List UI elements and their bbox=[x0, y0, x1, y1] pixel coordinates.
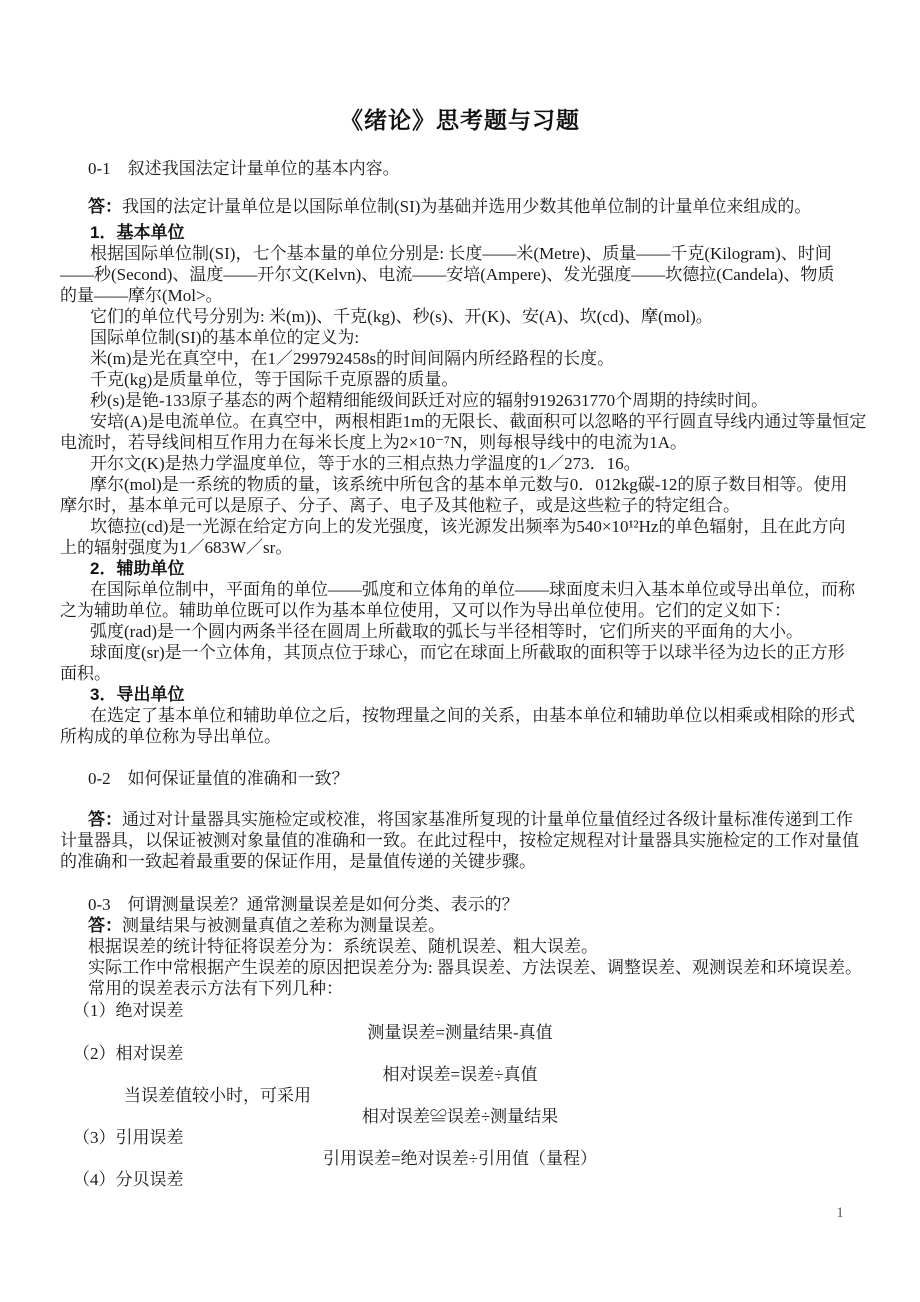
text-line: 的准确和一致起着最重要的保证作用，是量值传递的关键步骤。 bbox=[60, 851, 536, 872]
text-line: 球面度(sr)是一个立体角，其顶点位于球心，而它在球面上所截取的面积等于以球半径… bbox=[90, 642, 845, 663]
document-page: 《绪论》思考题与习题 0-1 叙述我国法定计量单位的基本内容。答：我国的法定计量… bbox=[0, 0, 920, 1302]
text-line: 摩尔(mol)是一系统的物质的量，该系统中所包含的基本单元数与0．012kg碳-… bbox=[90, 474, 847, 495]
text-line: （4）分贝误差 bbox=[73, 1169, 184, 1190]
text-line: 答：通过对计量器具实施检定或校准，将国家基准所复现的计量单位量值经过各级计量标准… bbox=[88, 809, 853, 830]
answer-prefix: 答： bbox=[88, 810, 122, 829]
text-line: （1）绝对误差 bbox=[73, 1000, 184, 1021]
answer-prefix: 答： bbox=[88, 916, 122, 935]
text-line: 在选定了基本单位和辅助单位之后，按物理量之间的关系，由基本单位和辅助单位以相乘或… bbox=[90, 705, 855, 726]
text-line: 上的辐射强度为1／683W／sr。 bbox=[60, 537, 292, 558]
answer-text: 通过对计量器具实施检定或校准，将国家基准所复现的计量单位量值经过各级计量标准传递… bbox=[122, 810, 853, 829]
text-line: 面积。 bbox=[60, 663, 111, 684]
text-line: 千克(kg)是质量单位，等于国际千克原器的质量。 bbox=[90, 369, 458, 390]
text-line: 答：测量结果与被测量真值之差称为测量误差。 bbox=[88, 915, 445, 936]
answer-text: 测量结果与被测量真值之差称为测量误差。 bbox=[122, 916, 445, 935]
text-line: 所构成的单位称为导出单位。 bbox=[60, 726, 281, 747]
text-line: 电流时，若导线间相互作用力在每米长度上为2×10⁻⁷N，则每根导线中的电流为1A… bbox=[60, 432, 687, 453]
formula-line: 相对误差=误差÷真值 bbox=[0, 1064, 920, 1085]
text-line: 坎德拉(cd)是一光源在给定方向上的发光强度，该光源发出频率为540×10¹²H… bbox=[90, 516, 845, 537]
text-line: 安培(A)是电流单位。在真空中，两根相距1m的无限长、截面积可以忽略的平行圆直导… bbox=[90, 411, 866, 432]
text-line: 当误差值较小时，可采用 bbox=[124, 1085, 311, 1106]
text-line: 米(m)是光在真空中，在1／299792458s的时间间隔内所经路程的长度。 bbox=[90, 348, 614, 369]
formula-line: 相对误差≌误差÷测量结果 bbox=[0, 1106, 920, 1127]
formula-line: 测量误差=测量结果-真值 bbox=[0, 1022, 920, 1043]
text-line: 根据误差的统计特征将误差分为：系统误差、随机误差、粗大误差。 bbox=[88, 936, 598, 957]
text-line: 答：我国的法定计量单位是以国际单位制(SI)为基础并选用少数其他单位制的计量单位… bbox=[88, 196, 811, 217]
text-line: 的量——摩尔(Mol>。 bbox=[60, 285, 223, 306]
text-line: 摩尔时，基本单元可以是原子、分子、离子、电子及其他粒子，或是这些粒子的特定组合。 bbox=[60, 495, 740, 516]
text-line: 根据国际单位制(SI)，七个基本量的单位分别是: 长度——米(Metre)、质量… bbox=[90, 243, 832, 264]
answer-prefix: 答： bbox=[88, 197, 122, 216]
section-heading: 1．基本单位 bbox=[90, 222, 184, 243]
text-line: 0-1 叙述我国法定计量单位的基本内容。 bbox=[88, 158, 400, 179]
text-line: （3）引用误差 bbox=[73, 1127, 184, 1148]
formula-line: 引用误差=绝对误差÷引用值（量程） bbox=[0, 1148, 920, 1169]
document-title: 《绪论》思考题与习题 bbox=[0, 106, 920, 134]
text-line: 秒(s)是铯-133原子基态的两个超精细能级间跃迁对应的辐射9192631770… bbox=[90, 390, 768, 411]
text-line: 弧度(rad)是一个圆内两条半径在圆周上所截取的弧长与半径相等时，它们所夹的平面… bbox=[90, 621, 803, 642]
page-number: 1 bbox=[830, 1204, 850, 1223]
text-line: 计量器具，以保证被测对象量值的准确和一致。在此过程中，按检定规程对计量器具实施检… bbox=[60, 830, 859, 851]
text-line: 它们的单位代号分别为: 米(m))、千克(kg)、秒(s)、开(K)、安(A)、… bbox=[90, 306, 713, 327]
text-line: 之为辅助单位。辅助单位既可以作为基本单位使用，又可以作为导出单位使用。它们的定义… bbox=[60, 600, 791, 621]
section-heading: 2．辅助单位 bbox=[90, 558, 184, 579]
text-line: ——秒(Second)、温度——开尔文(Kelvn)、电流——安培(Ampere… bbox=[60, 264, 834, 285]
text-line: （2）相对误差 bbox=[73, 1043, 184, 1064]
text-line: 开尔文(K)是热力学温度单位，等于水的三相点热力学温度的1／273．16。 bbox=[90, 453, 641, 474]
text-line: 0-2 如何保证量值的准确和一致？ bbox=[88, 768, 349, 789]
text-line: 0-3 何谓测量误差？通常测量误差是如何分类、表示的？ bbox=[88, 894, 519, 915]
text-line: 常用的误差表示方法有下列几种： bbox=[88, 978, 343, 999]
section-heading: 3．导出单位 bbox=[90, 684, 184, 705]
text-line: 在国际单位制中，平面角的单位——弧度和立体角的单位——球面度未归入基本单位或导出… bbox=[90, 579, 855, 600]
text-line: 国际单位制(SI)的基本单位的定义为: bbox=[90, 327, 359, 348]
text-line: 实际工作中常根据产生误差的原因把误差分为: 器具误差、方法误差、调整误差、观测误… bbox=[88, 957, 862, 978]
answer-text: 我国的法定计量单位是以国际单位制(SI)为基础并选用少数其他单位制的计量单位来组… bbox=[122, 197, 811, 216]
